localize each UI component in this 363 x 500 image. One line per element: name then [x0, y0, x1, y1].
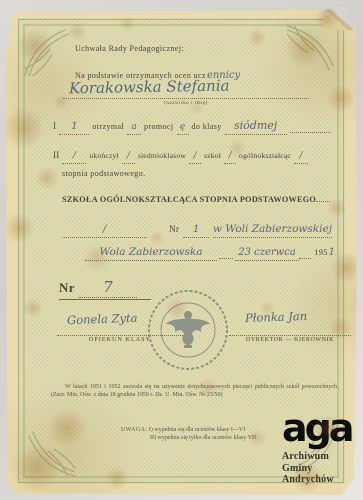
- remark-label: UWAGA:: [121, 427, 147, 433]
- blank-field: 7: [79, 278, 137, 298]
- remark-item-1: I) wypełnia się dla uczniów klasy I—VI: [149, 427, 245, 433]
- handwritten-entry: siódmej: [234, 119, 277, 132]
- blank-field: /: [62, 219, 147, 238]
- handwritten-entry: 1: [193, 224, 199, 235]
- completion-line: II / ukończył / siedmioklasow / szkoł / …: [53, 145, 331, 164]
- blank-field: /: [62, 145, 86, 164]
- printed-word: promocj: [144, 122, 173, 131]
- printed-word: ogólnokształcąc: [239, 151, 291, 160]
- blank-field: 1: [59, 116, 89, 135]
- handwritten-entry: /: [193, 151, 196, 161]
- headmaster-label: DYREKTOR — KIEROWNIK: [229, 337, 351, 343]
- signature-line: [229, 334, 351, 336]
- promotion-line: I 1 otrzymał a promocj ę do klasy siódme…: [53, 116, 331, 135]
- folded-corner: [323, 6, 353, 30]
- handwritten-entry: /: [127, 151, 130, 161]
- numeral-II: II: [53, 150, 59, 160]
- numeral-I: I: [53, 121, 56, 131]
- printed-word: do klasy: [192, 122, 222, 131]
- border-flourish-icon: [21, 22, 79, 80]
- dotted-leader: [316, 201, 330, 202]
- blank-field: siódmej: [225, 116, 287, 135]
- archive-name-line-1: Archiwum: [282, 451, 352, 463]
- handwritten-date-entry: 23 czerwca: [238, 247, 296, 258]
- pupil-name-line: Korakowska Stefania: [63, 78, 309, 99]
- printed-word: siedmioklasow: [138, 151, 186, 160]
- handwritten-place-entry: Wola Zabierzowska: [99, 246, 202, 258]
- nr-label: Nr: [169, 224, 179, 234]
- blank-field: /: [189, 145, 201, 164]
- blank-field: ę: [177, 116, 189, 135]
- handwritten-entry: /: [229, 151, 232, 161]
- handwritten-entry: /: [73, 151, 76, 161]
- handwritten-entry: 1: [71, 121, 77, 132]
- border-flourish-icon: [283, 22, 341, 80]
- official-seal-stamp: [146, 288, 230, 372]
- left-signature: Gonela Zyta: [67, 312, 137, 326]
- date-line: Wola Zabierzowska 23 czerwca 195 1: [85, 242, 335, 261]
- handwritten-place-entry: w Woli Zabierzowskiej: [213, 223, 332, 235]
- handwritten-entry: ę: [180, 122, 185, 132]
- right-signature: Płonka Jan: [245, 310, 307, 324]
- class-tutor-signature-handwritten: Gonela Zyta: [67, 311, 138, 327]
- pupil-name-caption: (nazwisko i imię): [63, 101, 309, 106]
- printed-word: stopnia podstawowego.: [62, 169, 146, 178]
- resolution-heading-text: Uchwała Rady Pedagogicznej:: [75, 44, 184, 53]
- handwritten-entry: a: [131, 122, 136, 132]
- printed-word: ukończył: [89, 151, 118, 160]
- certificate-number-line: / Nr 1 w Woli Zabierzowskiej: [62, 219, 332, 238]
- headmaster-signature-handwritten: Płonka Jan: [245, 309, 308, 325]
- handwritten-year-entry: 1: [329, 247, 335, 258]
- nr-big-label: Nr: [59, 280, 75, 296]
- line-II-suffix: stopnia podstawowego.: [62, 169, 146, 178]
- school-heading-text: SZKOŁA OGÓLNOKSZTAŁCĄCA STOPNIA PODSTAWO…: [62, 195, 316, 204]
- printed-year-prefix: 195: [314, 248, 327, 257]
- blank-field: Wola Zabierzowska: [85, 242, 217, 261]
- blank-field: a: [127, 116, 141, 135]
- archive-logo: aga: [282, 411, 352, 445]
- eagle-icon: [166, 311, 210, 348]
- blank-field: 23 czerwca: [235, 242, 299, 261]
- handwritten-entry: /: [103, 224, 106, 235]
- register-number-line: Nr 7: [59, 278, 137, 298]
- archive-name-line-2: Gminy: [282, 463, 352, 475]
- handwritten-entry: /: [299, 151, 302, 161]
- blank-field: w Woli Zabierzowskiej: [213, 219, 332, 238]
- resolution-heading: Uchwała Rady Pedagogicznej:: [75, 44, 184, 53]
- dotted-leader: [290, 132, 331, 133]
- printed-word: szkoł: [204, 151, 221, 160]
- certificate-paper: Uchwała Rady Pedagogicznej: Na podstawie…: [5, 6, 357, 496]
- footnote-paragraph: W latach 1951 i 1952 zezwala się na używ…: [51, 384, 337, 399]
- handwritten-number-entry: 7: [103, 278, 113, 296]
- blank-field: /: [224, 145, 236, 164]
- archive-badge: aga Archiwum Gminy Andrychów: [282, 411, 352, 486]
- school-heading-line: SZKOŁA OGÓLNOKSZTAŁCĄCA STOPNIA PODSTAWO…: [62, 195, 330, 204]
- blank-field: /: [294, 145, 308, 164]
- pupil-name-handwritten: Korakowska Stefania: [63, 77, 230, 98]
- border-flourish-icon: [21, 422, 79, 480]
- blank-field: /: [122, 145, 135, 164]
- dotted-leader: [299, 258, 311, 259]
- blank-field: 1: [183, 219, 209, 238]
- register-number-underline: [59, 299, 151, 300]
- archive-name-line-3: Andrychów: [282, 474, 352, 486]
- printed-word: otrzymał: [92, 122, 124, 131]
- dotted-leader: [219, 258, 233, 259]
